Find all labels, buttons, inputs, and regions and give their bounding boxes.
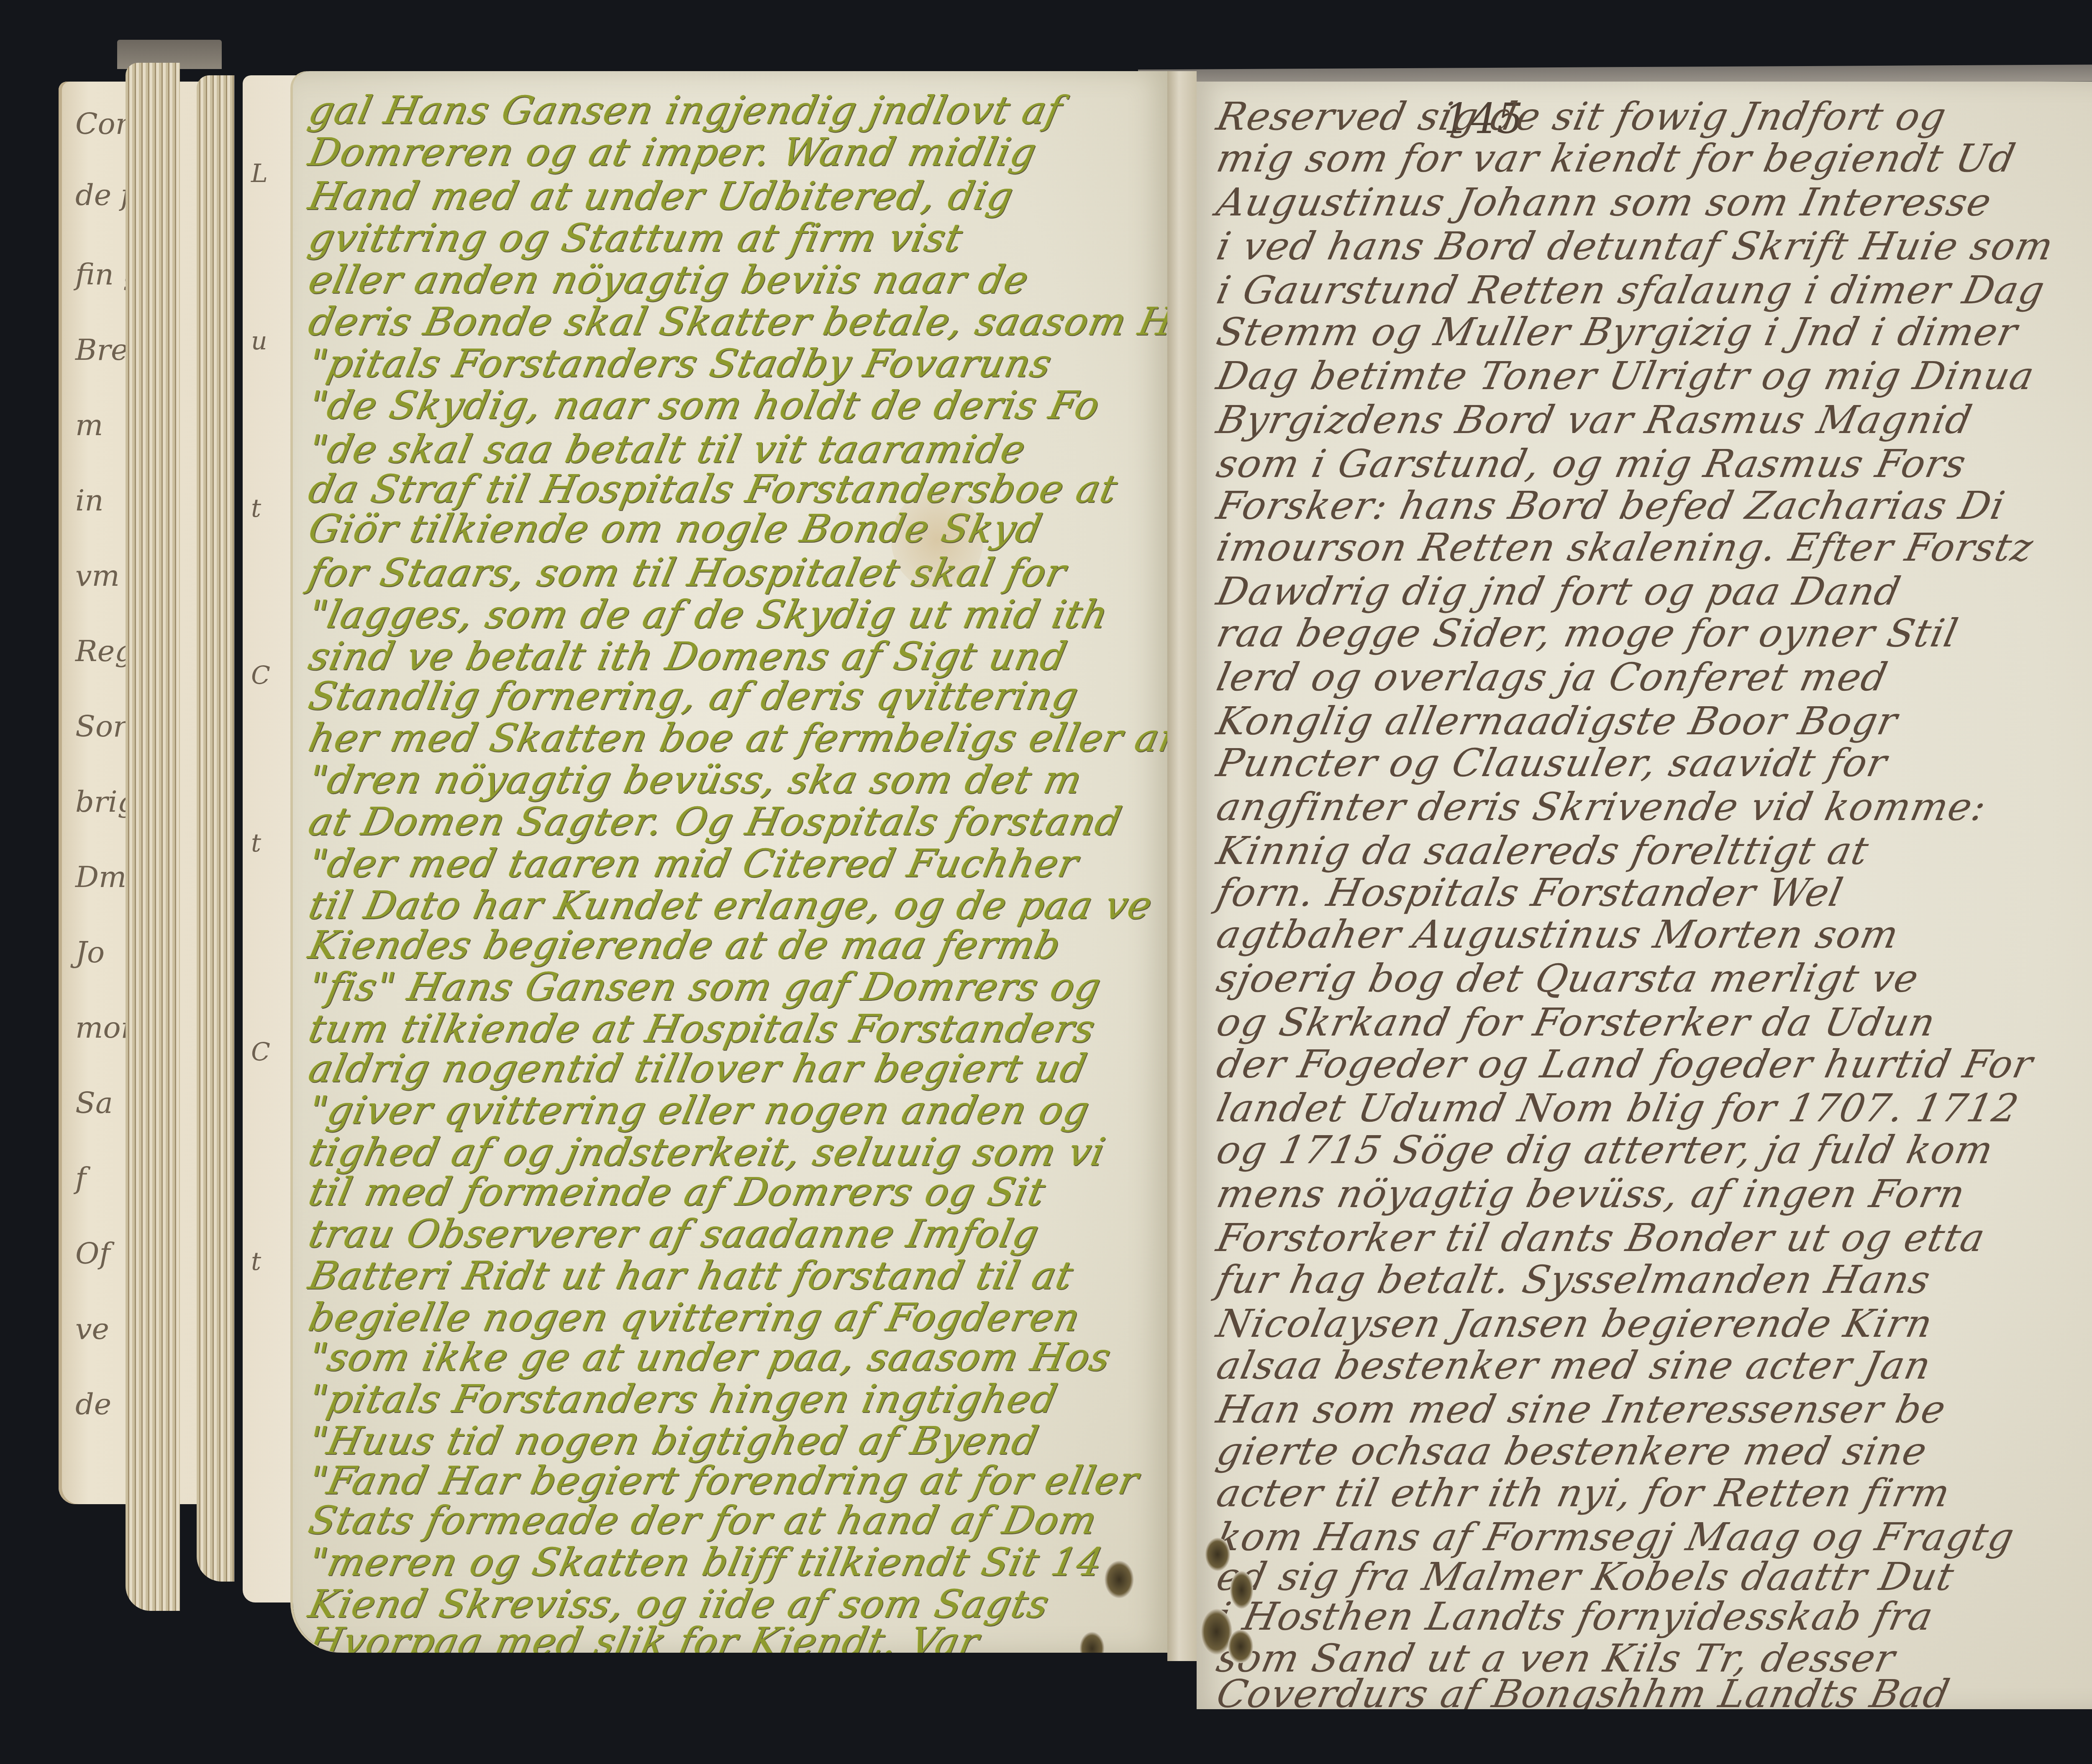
handwritten-line: at Domen Sagter. Og Hospitals forstand (305, 799, 1126, 844)
handwritten-line: sjoerig bog det Quarsta merligt ve (1213, 956, 1923, 1001)
right-page: 145 Reserved sig de sit fowig Jndfort og… (1197, 82, 2092, 1709)
manuscript-photograph: Con f de f fin g Bre m in vm Regr Sor br… (0, 0, 2092, 1764)
handwritten-line: Reserved sig de sit fowig Jndfort og (1213, 94, 1951, 139)
handwritten-line: Coverdurs af Bongshhm Landts Bad (1213, 1672, 1954, 1709)
book-gutter (1167, 71, 1197, 1661)
handwritten-line: "giver qvittering eller nogen anden og (305, 1088, 1094, 1133)
handwritten-line: mig som for var kiendt for begiendt Ud (1213, 136, 2020, 181)
handwritten-line: eller anden nöyagtig beviis naar de (305, 257, 1033, 302)
handwritten-line: Han som med sine Interessenser be (1213, 1387, 1951, 1432)
handwritten-line: ed sig fra Malmer Kobels daattr Dut (1213, 1554, 1959, 1599)
handwritten-line: begielle nogen qvittering af Fogderen (305, 1295, 1085, 1340)
handwritten-line: der Fogeder og Land fogeder hurtid For (1213, 1042, 2038, 1087)
left-page: gal Hans Gansen ingjendig jndlovt af Dom… (293, 71, 1172, 1653)
handwritten-line: "dren nöyagtig bevüss, ska som det m (305, 757, 1087, 802)
handwritten-line: gal Hans Gansen ingjendig jndlovt af (305, 88, 1067, 133)
handwritten-line: deris Bonde skal Skatter betale, saasom … (305, 299, 1172, 344)
handwritten-line: og 1715 Söge dig atterter, ja fuld kom (1213, 1128, 1998, 1172)
handwritten-line: i ved hans Bord detuntaf Skrift Huie som (1213, 224, 2058, 269)
handwritten-line: Dag betimte Toner Ulrigtr og mig Dinua (1213, 354, 2039, 398)
leaf-fragment: de (75, 1387, 111, 1421)
handwritten-line: Batteri Ridt ut har hatt forstand til at (305, 1253, 1078, 1298)
page-edges (197, 75, 234, 1582)
leaf-fragment: Jo (75, 935, 105, 969)
handwritten-line: landet Udumd Nom blig for 1707. 1712 (1213, 1086, 2023, 1131)
worm-hole (1230, 1571, 1253, 1609)
leaf-fragment: de f (75, 178, 131, 212)
handwritten-line: Giör tilkiende om nogle Bonde Skyd (305, 506, 1047, 551)
handwritten-line: "Huus tid nogen bigtighed af Byend (305, 1418, 1043, 1463)
handwritten-line: her med Skatten boe at fermbeligs eller … (305, 715, 1172, 760)
handwritten-line: Dawdrig dig jnd fort og paa Dand (1213, 569, 1905, 614)
handwritten-line: Puncter og Clausuler, saavidt for (1213, 741, 1892, 785)
handwritten-line: Hand med at under Udbitered, dig (305, 174, 1018, 218)
handwritten-line: Konglig allernaadigste Boor Bogr (1213, 699, 1902, 744)
handwritten-line: acter til ethr ith nyi, for Retten firm (1213, 1471, 1955, 1515)
handwritten-line: i Gaurstund Retten sfalaung i dimer Dag (1213, 268, 2049, 313)
leaf-fragment: C (251, 661, 270, 690)
handwritten-line: "pitals Forstanders Stadby Fovaruns (305, 341, 1056, 386)
handwritten-line: gierte ochsaa bestenkere med sine (1213, 1429, 1932, 1474)
leaf-fragment: Of (75, 1236, 110, 1271)
handwritten-line: "Fand Har begiert forendring at for elle… (305, 1458, 1143, 1503)
handwritten-line: Augustinus Johann som som Interesse (1213, 180, 1996, 225)
leaf-fragment: m (75, 408, 103, 442)
leaf-fragment: vm (75, 559, 120, 593)
handwritten-line: mens nöyagtig bevüss, af ingen Forn (1213, 1172, 1970, 1216)
handwritten-line: kom Hans af Formsegj Maag og Fragtg (1213, 1515, 2019, 1559)
handwritten-line: og Skrkand for Forsterker da Udun (1213, 1000, 1940, 1045)
leaf-fragment: t (251, 494, 261, 523)
page-edges (126, 63, 180, 1611)
leaf-fragment: Sa (75, 1086, 113, 1120)
worm-hole (1079, 1632, 1105, 1653)
handwritten-line: Domreren og at imper. Wand midlig (305, 130, 1041, 174)
handwritten-line: lerd og overlags ja Conferet med (1213, 655, 1892, 700)
handwritten-line: "fis" Hans Gansen som gaf Domrers og (305, 964, 1106, 1009)
handwritten-line: Stats formeade der for at hand af Dom (305, 1498, 1102, 1543)
handwritten-line: "de Skydig, naar som holdt de deris Fo (305, 383, 1104, 428)
handwritten-line: Kinnig da saalereds forelttigt at (1213, 828, 1873, 873)
handwritten-line: imourson Retten skalening. Efter Forstz (1213, 525, 2038, 570)
handwritten-line: aldrig nogentid tillover har begiert ud (305, 1046, 1091, 1091)
handwritten-line: sind ve betalt ith Domens af Sigt und (305, 634, 1072, 679)
handwritten-line: gvittring og Stattum at firm vist (305, 215, 967, 260)
handwritten-line: Stemm og Muller Byrgizig i Jnd i dimer (1213, 310, 2022, 354)
handwritten-line: for Staars, som til Hospitalet skal for (305, 550, 1071, 595)
handwritten-line: "der med taaren mid Citered Fuchher (305, 841, 1083, 886)
leaf-fragment: ve (75, 1312, 109, 1346)
handwritten-line: "lagges, som de af de Skydig ut mid ith (305, 592, 1113, 637)
handwritten-line: fur hag betalt. Sysselmanden Hans (1213, 1257, 1935, 1302)
handwritten-line: "pitals Forstanders hingen ingtighed (305, 1377, 1062, 1421)
handwritten-line: raa begge Sider, moge for oyner Stil (1213, 611, 1963, 656)
handwritten-line: Forsker: hans Bord befed Zacharias Di (1213, 483, 2010, 528)
handwritten-line: som i Garstund, og mig Rasmus Fors (1213, 441, 1971, 486)
handwritten-line: Hvorpaa med slik for Kiendt. Var (305, 1619, 984, 1653)
handwritten-line: Nicolaysen Jansen begierende Kirn (1213, 1301, 1937, 1346)
handwritten-line: til med formeinde af Domrers og Sit (305, 1169, 1050, 1214)
handwritten-line: angfinter deris Skrivende vid komme: (1213, 785, 1991, 829)
leaf-fragment: C (251, 1038, 270, 1067)
handwritten-line: "de skal saa betalt til vit taaramide (305, 427, 1030, 472)
handwritten-line: til Dato har Kundet erlange, og de paa v… (305, 883, 1157, 928)
leaf-fragment: u (251, 326, 267, 356)
leaf-fragment: L (251, 159, 268, 188)
worm-hole (1105, 1561, 1134, 1598)
leaf-fragment: t (251, 828, 261, 858)
handwritten-line: "som ikke ge at under paa, saasom Hos (305, 1335, 1115, 1379)
leaf-fragment: Sor (75, 709, 127, 744)
leaf-fragment: f (75, 1161, 86, 1195)
leaf-fragment: in (75, 483, 103, 518)
worm-hole (1205, 1538, 1230, 1571)
handwritten-line: tum tilkiende at Hospitals Forstanders (305, 1006, 1100, 1051)
leaf-fragment: Bre (75, 333, 128, 367)
handwritten-line: "meren og Skatten bliff tilkiendt Sit 14 (305, 1540, 1108, 1585)
handwritten-line: agtbaher Augustinus Morten som (1213, 912, 1903, 957)
leaf-fragment: t (251, 1247, 261, 1276)
handwritten-line: trau Observerer af saadanne Imfolg (305, 1211, 1043, 1256)
handwritten-line: Forstorker til dants Bonder ut og etta (1213, 1215, 1989, 1260)
handwritten-line: da Straf til Hospitals Forstandersboe at (305, 467, 1122, 511)
handwritten-line: Byrgizdens Bord var Rasmus Magnid (1213, 397, 1977, 442)
handwritten-line: i Hosthen Landts fornyidesskab fra (1213, 1594, 1938, 1639)
handwritten-line: Kiendes begierende at de maa fermb (305, 923, 1065, 967)
handwritten-line: forn. Hospitals Forstander Wel (1213, 870, 1848, 915)
worm-hole (1201, 1609, 1232, 1655)
handwritten-line: alsaa bestenker med sine acter Jan (1213, 1343, 1936, 1388)
leaf-fragment: Dm (75, 860, 127, 894)
handwritten-line: Standlig fornering, af deris qvittering (305, 674, 1083, 718)
handwritten-line: tighed af og jndsterkeit, seluuig som vi (305, 1130, 1110, 1174)
worm-hole (1228, 1630, 1253, 1663)
